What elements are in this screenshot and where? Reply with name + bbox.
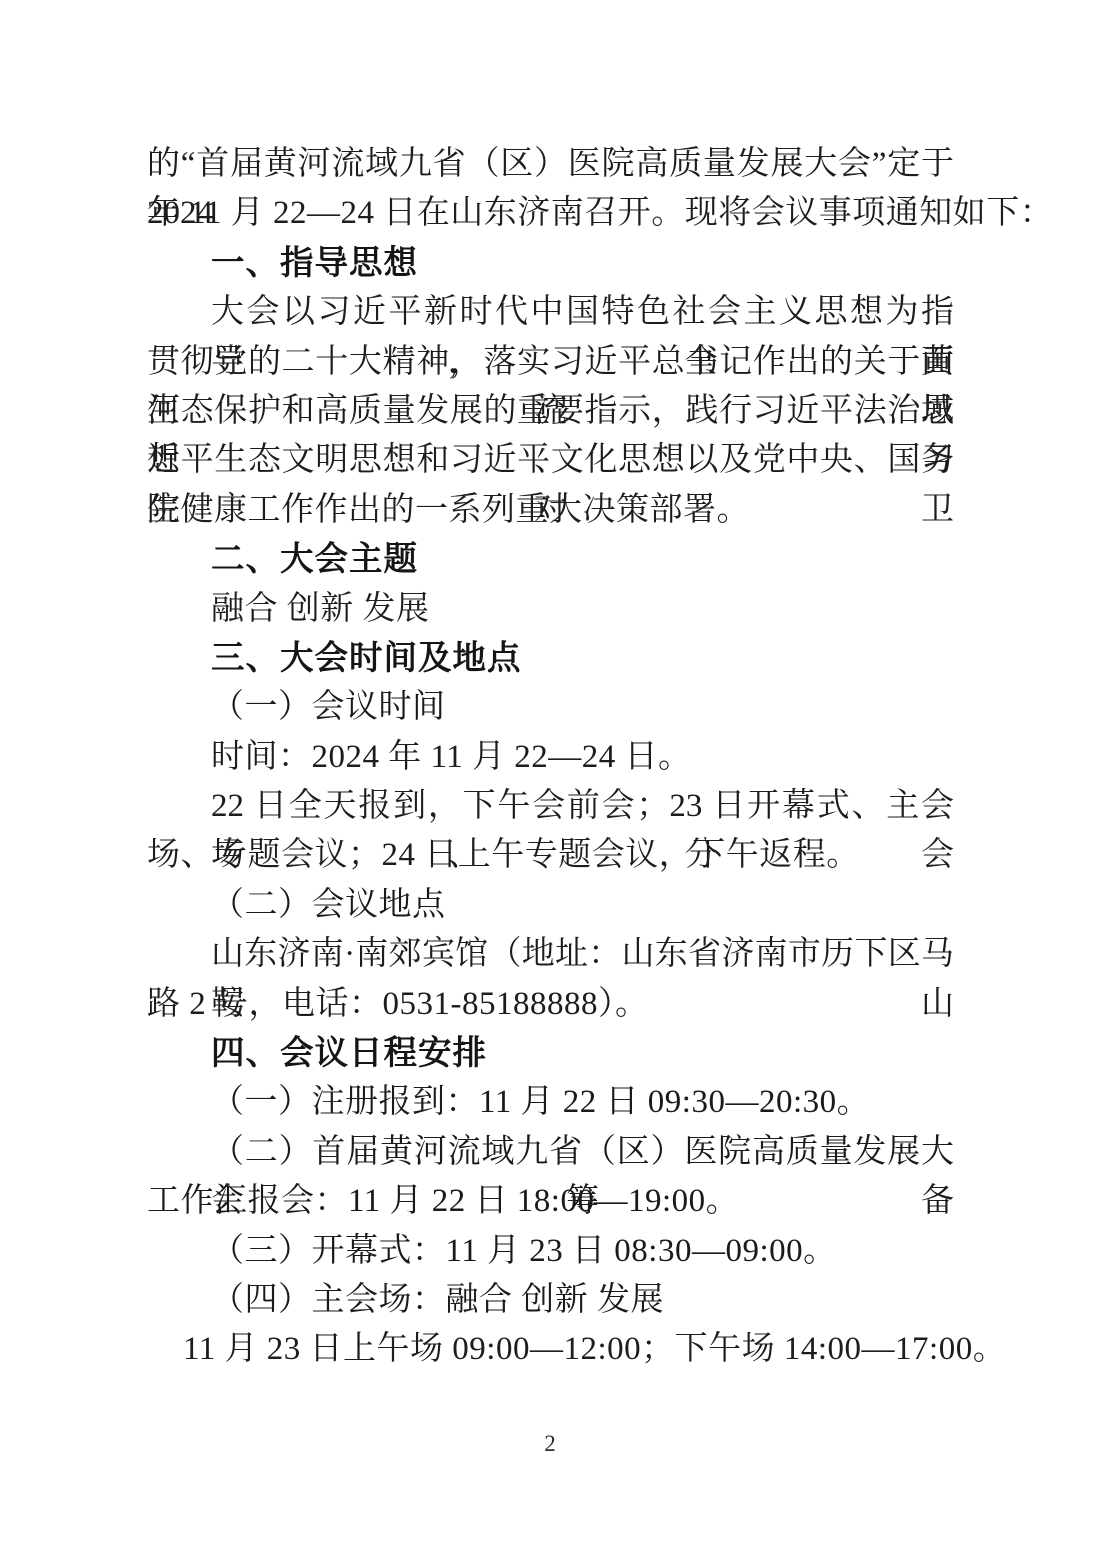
subsection-line: （四）主会场：融合 创新 发展 <box>147 1276 954 1325</box>
subsection-line: （三）开幕式：11 月 23 日 08:30—09:00。 <box>147 1227 954 1276</box>
document-body: 的“首届黄河流域九省（区）医院高质量发展大会”定于 2024年 11 月 22—… <box>147 140 954 1375</box>
section-heading: 三、大会时间及地点 <box>147 634 954 683</box>
page-number: 2 <box>544 1431 556 1456</box>
subsection-line: （二）首届黄河流域九省（区）医院高质量发展大会筹备 <box>147 1128 954 1177</box>
text-line: 山东济南·南郊宾馆（地址：山东省济南市历下区马鞍山 <box>147 930 954 979</box>
subsection-line: （一）注册报到：11 月 22 日 09:30—20:30。 <box>147 1078 954 1127</box>
text-line: 时间：2024 年 11 月 22—24 日。 <box>147 733 954 782</box>
text-line: 大会以习近平新时代中国特色社会主义思想为指导，全面 <box>147 288 954 337</box>
section-heading: 二、大会主题 <box>147 535 954 584</box>
text-line: 11 月 23 日上午场 09:00—12:00；下午场 14:00—17:00… <box>147 1325 954 1374</box>
text-line: 场、专题会议；24 日上午专题会议，下午返程。 <box>147 831 954 880</box>
text-line: 近平生态文明思想和习近平文化思想以及党中央、国务院对卫 <box>147 436 954 485</box>
page-footer: 2 <box>0 1431 1100 1457</box>
text-line: 22 日全天报到，下午会前会；23 日开幕式、主会场、分会 <box>147 782 954 831</box>
text-line: 融合 创新 发展 <box>147 585 954 634</box>
text-line: 的“首届黄河流域九省（区）医院高质量发展大会”定于 2024 <box>147 140 954 189</box>
subsection-line: （一）会议时间 <box>147 683 954 732</box>
subsection-line: （二）会议地点 <box>147 881 954 930</box>
text-line: 年 11 月 22—24 日在山东济南召开。现将会议事项通知如下： <box>147 189 954 238</box>
text-line: 贯彻党的二十大精神，落实习近平总书记作出的关于黄河流域 <box>147 338 954 387</box>
document-page: 的“首届黄河流域九省（区）医院高质量发展大会”定于 2024年 11 月 22—… <box>0 0 1100 1555</box>
text-line: 生态保护和高质量发展的重要指示，践行习近平法治思想、习 <box>147 387 954 436</box>
section-heading: 一、指导思想 <box>147 239 954 288</box>
section-heading: 四、会议日程安排 <box>147 1029 954 1078</box>
